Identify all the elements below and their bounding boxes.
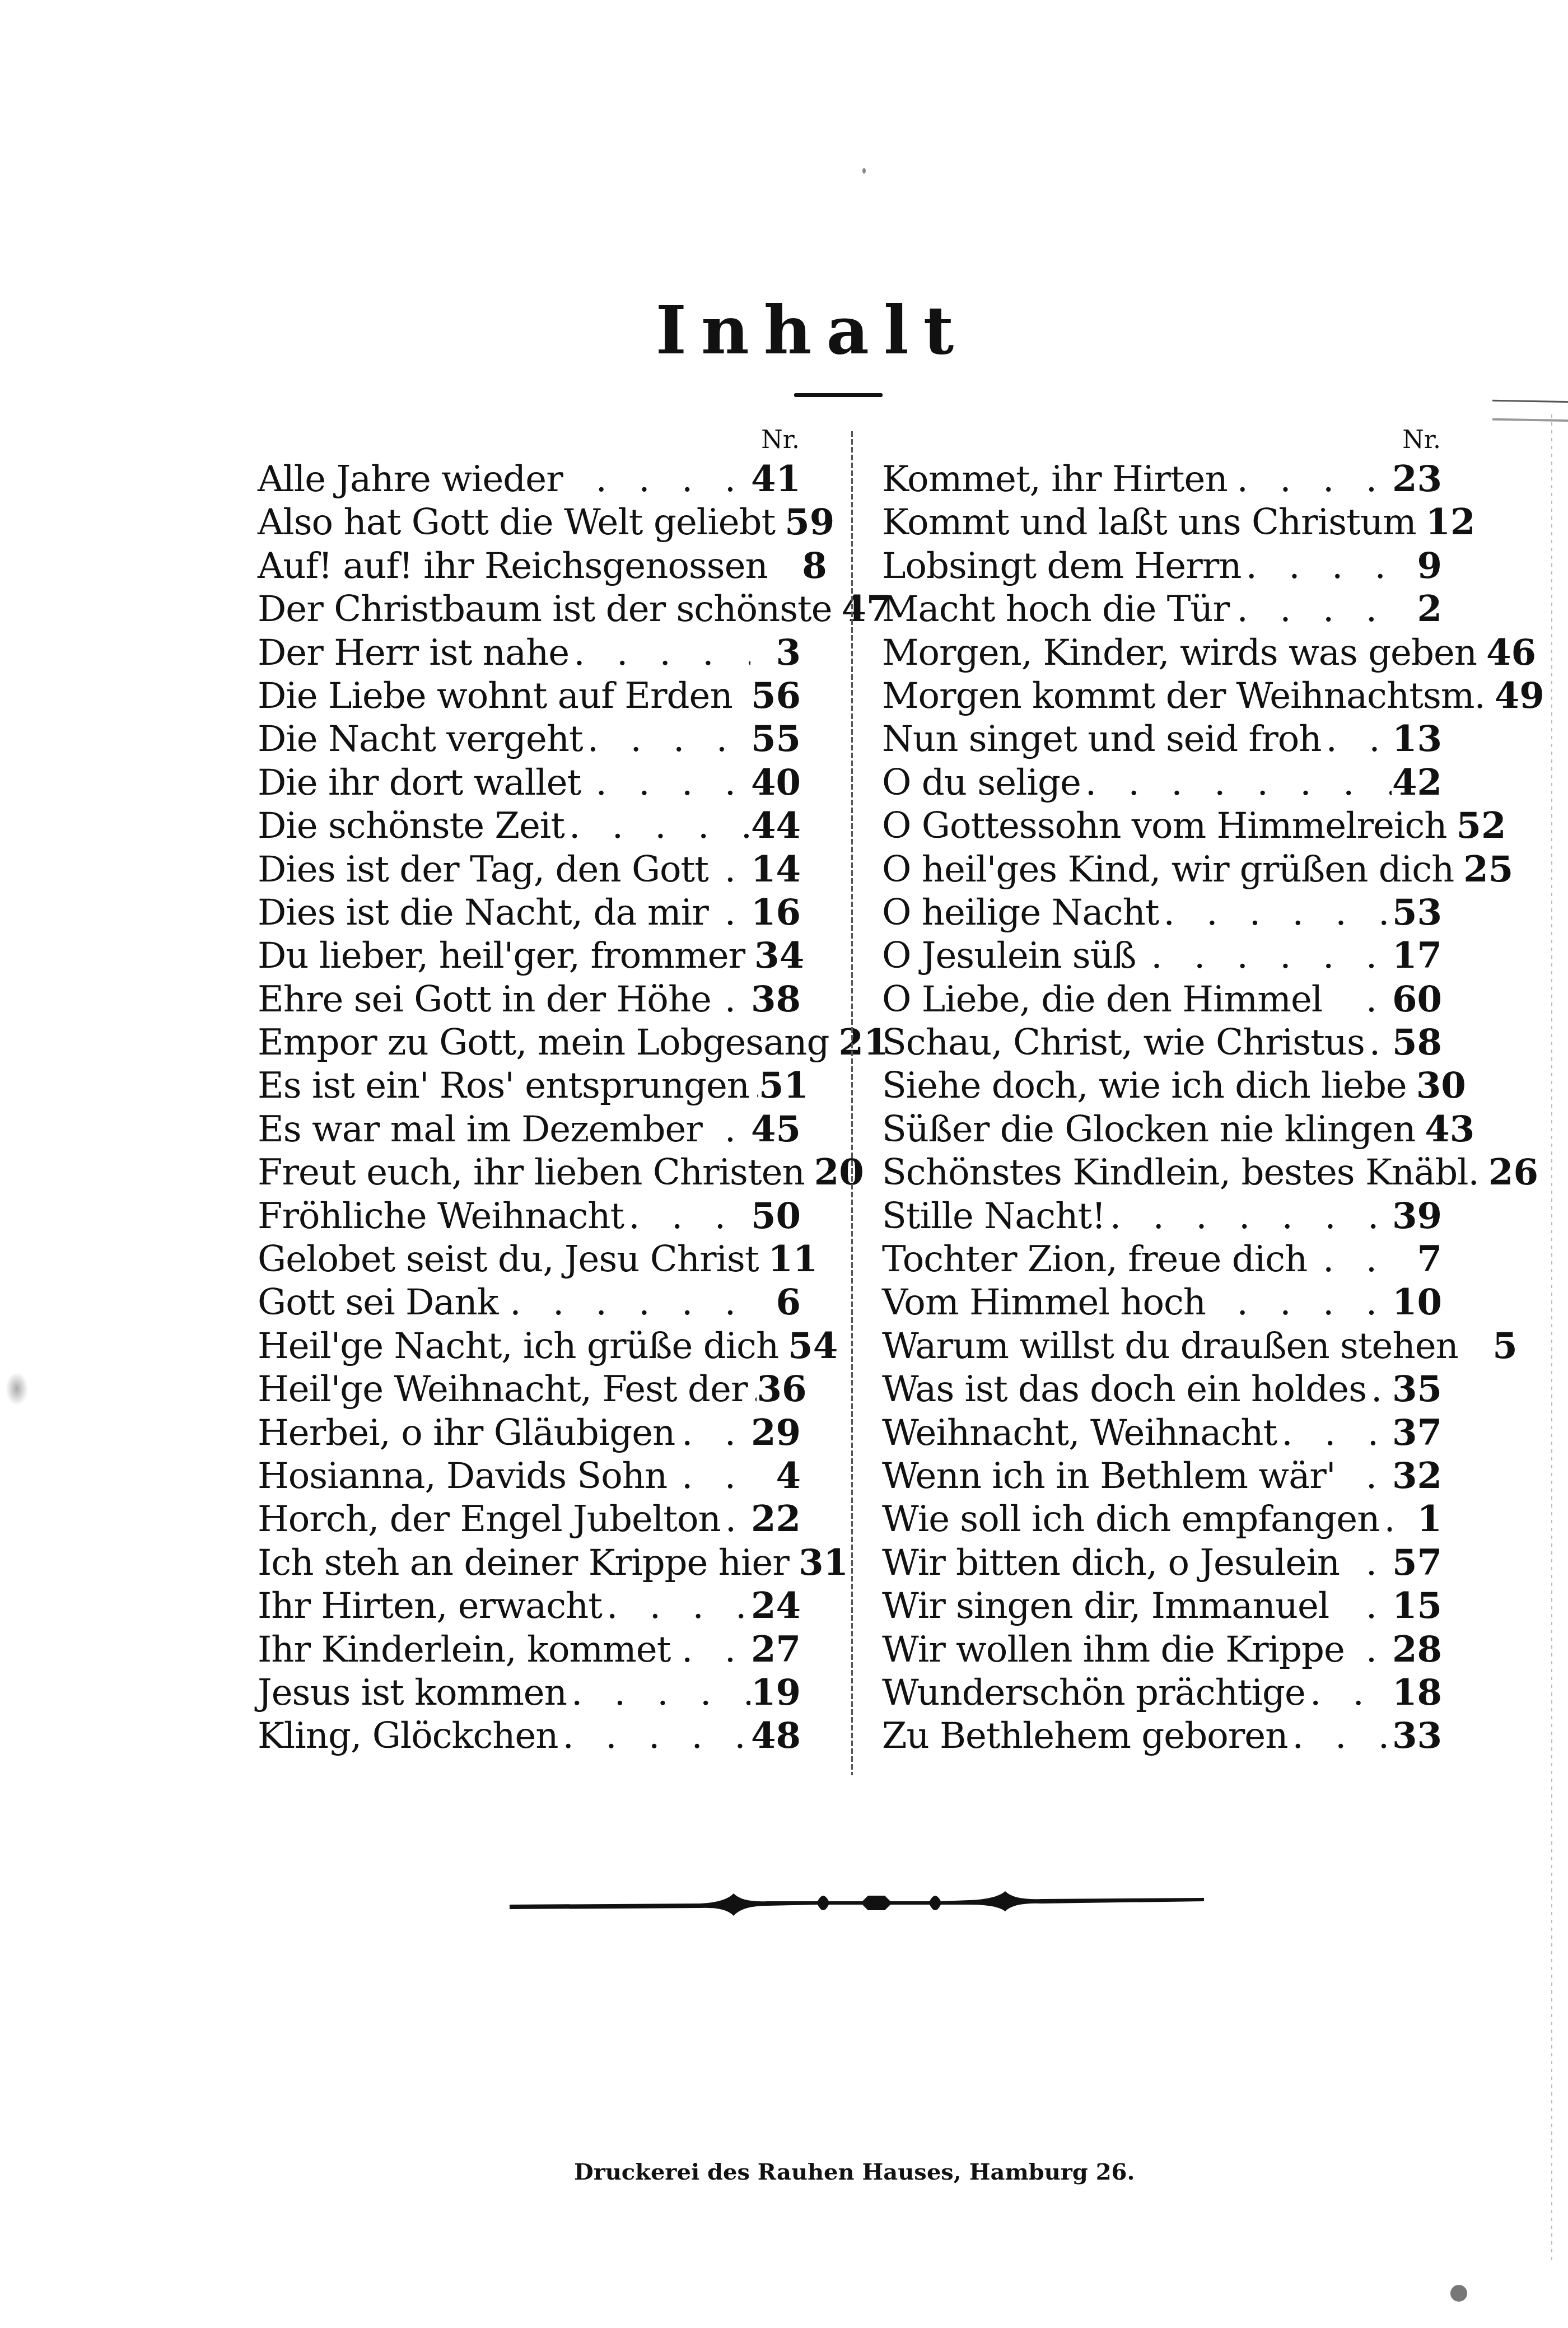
leader-dots: . — [1329, 1585, 1392, 1628]
song-number: 23 — [1392, 458, 1442, 501]
song-number: 21 — [838, 1021, 889, 1064]
toc-entry: Jesus ist kommen . . . . . 19 — [258, 1671, 801, 1714]
toc-column-right: Nr. Kommet, ihr Hirten . . . . 23 Kommt … — [882, 423, 1442, 1758]
leader-dots: . . . . — [1229, 588, 1392, 631]
song-title: Jesus ist kommen — [258, 1672, 567, 1715]
song-number: 25 — [1463, 848, 1513, 891]
leader-dots: . . . . . . . — [1105, 1195, 1392, 1238]
song-number: 3 — [750, 631, 801, 674]
toc-entry: Ich steh an deiner Krippe hier 31 — [258, 1541, 801, 1584]
printer-imprint: Druckerei des Rauhen Hauses, Hamburg 26. — [560, 2159, 1190, 2185]
paper-stain — [6, 1372, 28, 1406]
song-number: 38 — [750, 978, 801, 1021]
toc-entry: Der Herr ist nahe . . . . . 3 — [258, 631, 801, 674]
leader-dots: . . . . — [563, 458, 750, 501]
song-title: Morgen, Kinder, wirds was geben — [882, 632, 1477, 675]
song-title: Was ist das doch ein holdes — [882, 1368, 1366, 1411]
toc-entry: Morgen kommt der Weihnachtsm. 49 — [882, 674, 1442, 717]
song-number: 7 — [1392, 1238, 1442, 1281]
song-number: 49 — [1494, 674, 1544, 717]
toc-list-left: Alle Jahre wieder . . . . 41 Also hat Go… — [258, 458, 801, 1758]
song-number: 20 — [814, 1151, 864, 1194]
song-title: O Liebe, die den Himmel — [882, 978, 1322, 1021]
toc-entry: Freut euch, ihr lieben Christen 20 — [258, 1151, 801, 1194]
song-number: 43 — [1424, 1108, 1474, 1151]
toc-entry: Schönstes Kindlein, bestes Knäbl. 26 — [882, 1151, 1442, 1194]
song-number: 1 — [1392, 1497, 1442, 1541]
toc-entry: Wie soll ich dich empfangen . 1 — [882, 1497, 1442, 1541]
leader-dots: . . . . . — [567, 1672, 750, 1715]
song-number: 52 — [1456, 804, 1506, 847]
song-title: O heil'ges Kind, wir grüßen dich — [882, 848, 1454, 892]
song-title: Kommt und laßt uns Christum — [882, 501, 1416, 544]
song-title: Gelobet seist du, Jesu Christ — [258, 1238, 759, 1281]
song-title: Ihr Kinderlein, kommet — [258, 1629, 670, 1672]
song-number: 29 — [750, 1411, 801, 1454]
leader-dots: . — [1345, 1629, 1392, 1672]
toc-entry: Süßer die Glocken nie klingen 43 — [882, 1108, 1442, 1151]
toc-entry: Dies ist der Tag, den Gott . 14 — [258, 848, 801, 891]
toc-entry: Kommet, ihr Hirten . . . . 23 — [882, 458, 1442, 501]
toc-entry: O du selige . . . . . . . . 42 — [882, 761, 1442, 804]
song-title: O Jesulein süß — [882, 935, 1136, 978]
toc-entry: Gelobet seist du, Jesu Christ 11 — [258, 1238, 801, 1281]
toc-entry: Was ist das doch ein holdes . 35 — [882, 1368, 1442, 1411]
song-title: Freut euch, ihr lieben Christen — [258, 1151, 805, 1195]
song-number: 11 — [768, 1238, 818, 1281]
toc-entry: Ihr Kinderlein, kommet . . 27 — [258, 1628, 801, 1671]
song-title: O du selige — [882, 762, 1081, 805]
leader-dots: . . . . . . — [1159, 892, 1392, 935]
song-number: 30 — [1416, 1064, 1466, 1107]
song-title: Horch, der Engel Jubelton — [258, 1498, 721, 1541]
leader-dots: . — [711, 978, 750, 1021]
song-title: Wie soll ich dich empfangen — [882, 1498, 1379, 1541]
song-number: 34 — [754, 934, 804, 977]
toc-entry: Die ihr dort wallet . . . . 40 — [258, 761, 801, 804]
nr-column-header: Nr. — [258, 423, 801, 458]
toc-entry: Wenn ich in Bethlem wär' . 32 — [882, 1454, 1442, 1497]
song-title: Der Herr ist nahe — [258, 632, 569, 675]
song-number: 6 — [750, 1281, 801, 1324]
song-title: Warum willst du draußen stehen — [882, 1325, 1458, 1368]
toc-entry: Gott sei Dank . . . . . . 6 — [258, 1281, 801, 1324]
song-title: Herbei, o ihr Gläubigen — [258, 1412, 675, 1455]
toc-entry: Herbei, o ihr Gläubigen . . 29 — [258, 1411, 801, 1454]
song-number: 58 — [1392, 1021, 1442, 1064]
column-divider — [851, 431, 853, 1775]
song-title: Kommet, ihr Hirten — [882, 458, 1228, 501]
song-title: Ich steh an deiner Krippe hier — [258, 1542, 789, 1585]
song-title: Heil'ge Weihnacht, Fest der — [258, 1368, 748, 1411]
toc-entry: Horch, der Engel Jubelton . 22 — [258, 1497, 801, 1541]
song-number: 13 — [1392, 717, 1442, 761]
song-title: Nun singet und seid froh — [882, 718, 1322, 761]
song-title: Macht hoch die Tür — [882, 588, 1229, 631]
paper-edge-tab — [1492, 400, 1568, 422]
leader-dots: . . . . . . — [1136, 935, 1392, 978]
toc-entry: Die schönste Zeit . . . . . 44 — [258, 804, 801, 847]
song-number: 39 — [1392, 1195, 1442, 1238]
song-title: Wir singen dir, Immanuel — [882, 1585, 1329, 1628]
song-number: 41 — [750, 458, 801, 501]
leader-dots: . . . . — [1242, 545, 1392, 588]
song-number: 44 — [750, 804, 801, 847]
leader-dots: . — [1335, 1455, 1392, 1498]
leader-dots: . . . . . . — [558, 1715, 750, 1758]
leader-dots: . . — [670, 1629, 750, 1672]
song-title: Der Christbaum ist der schönste — [258, 588, 832, 631]
song-title: Empor zu Gott, mein Lobgesang — [258, 1021, 829, 1065]
song-number: 53 — [1392, 891, 1442, 934]
toc-entry: Auf! auf! ihr Reichsgenossen 8 — [258, 544, 801, 587]
leader-dots: . . . . . . — [498, 1281, 750, 1324]
toc-entry: Wunderschön prächtige . . . 18 — [882, 1671, 1442, 1714]
toc-entry: Kling, Glöckchen . . . . . . 48 — [258, 1714, 801, 1757]
toc-entry: O Gottessohn vom Himmelreich 52 — [882, 804, 1442, 847]
song-number: 18 — [1392, 1671, 1442, 1714]
leader-dots: . — [1365, 1021, 1392, 1065]
toc-entry: Stille Nacht! . . . . . . . 39 — [882, 1195, 1442, 1238]
song-number: 8 — [777, 544, 827, 587]
song-title: Stille Nacht! — [882, 1195, 1105, 1238]
song-number: 60 — [1392, 978, 1442, 1021]
song-number: 9 — [1392, 544, 1442, 587]
song-number: 35 — [1392, 1368, 1442, 1411]
song-title: Du lieber, heil'ger, frommer — [258, 935, 745, 978]
toc-entry: Macht hoch die Tür . . . . 2 — [882, 587, 1442, 631]
toc-entry: Morgen, Kinder, wirds was geben 46 — [882, 631, 1442, 674]
toc-entry: Heil'ge Nacht, ich grüße dich 54 — [258, 1324, 801, 1368]
song-number: 31 — [798, 1541, 848, 1584]
toc-entry: Warum willst du draußen stehen 5 — [882, 1324, 1442, 1368]
song-title: Wir wollen ihm die Krippe — [882, 1629, 1345, 1672]
leader-dots: . — [702, 1108, 750, 1151]
song-number: 22 — [750, 1497, 801, 1541]
leader-dots: . — [1340, 1542, 1392, 1585]
song-title: Wir bitten dich, o Jesulein — [882, 1542, 1340, 1585]
toc-entry: O Liebe, die den Himmel . 60 — [882, 978, 1442, 1021]
toc-entry: Weihnacht, Weihnacht . . . 37 — [882, 1411, 1442, 1454]
toc-entry: Zu Bethlehem geboren . . . 33 — [882, 1714, 1442, 1757]
song-number: 10 — [1392, 1281, 1442, 1324]
song-number: 27 — [750, 1628, 801, 1671]
song-title: Schönstes Kindlein, bestes Knäbl. — [882, 1151, 1479, 1195]
nr-column-header: Nr. — [882, 423, 1442, 458]
song-title: Dies ist der Tag, den Gott — [258, 848, 708, 892]
song-number: 16 — [750, 891, 801, 934]
song-number: 51 — [758, 1064, 809, 1107]
toc-entry: Die Nacht vergeht . . . . . 55 — [258, 717, 801, 761]
toc-entry: Du lieber, heil'ger, frommer 34 — [258, 934, 801, 977]
toc-entry: Es war mal im Dezember . 45 — [258, 1108, 801, 1151]
song-title: Süßer die Glocken nie klingen — [882, 1108, 1415, 1151]
leader-dots: . . — [1307, 1238, 1392, 1281]
song-number: 37 — [1392, 1411, 1442, 1454]
toc-entry: Schau, Christ, wie Christus . 58 — [882, 1021, 1442, 1064]
song-number: 57 — [1392, 1541, 1442, 1584]
toc-entry: Ihr Hirten, erwacht . . . . 24 — [258, 1584, 801, 1627]
song-number: 33 — [1392, 1714, 1442, 1757]
song-number: 26 — [1488, 1151, 1538, 1194]
toc-entry: Die Liebe wohnt auf Erden 56 — [258, 674, 801, 717]
toc-entry: Alle Jahre wieder . . . . 41 — [258, 458, 801, 501]
leader-dots: . . — [667, 1455, 750, 1498]
leader-dots: . — [1322, 978, 1392, 1021]
song-title: Dies ist die Nacht, da mir — [258, 892, 708, 935]
toc-entry: Fröhliche Weihnacht . . . . 50 — [258, 1195, 801, 1238]
song-title: Hosianna, Davids Sohn — [258, 1455, 667, 1498]
leader-dots: . . . . — [1228, 458, 1392, 501]
song-title: Es ist ein' Ros' entsprungen — [258, 1065, 749, 1108]
song-title: Zu Bethlehem geboren — [882, 1715, 1287, 1758]
leader-dots: . . . — [1277, 1412, 1392, 1455]
toc-list-right: Kommet, ihr Hirten . . . . 23 Kommt und … — [882, 458, 1442, 1758]
decorative-ornament-rule — [504, 1884, 1210, 1918]
song-number: 45 — [750, 1108, 801, 1151]
toc-entry: Wir wollen ihm die Krippe . 28 — [882, 1628, 1442, 1671]
song-number: 12 — [1425, 501, 1476, 544]
song-title: Ehre sei Gott in der Höhe — [258, 978, 711, 1021]
toc-entry: Dies ist die Nacht, da mir . 16 — [258, 891, 801, 934]
song-title: Ihr Hirten, erwacht — [258, 1585, 602, 1628]
song-number: 32 — [1392, 1454, 1442, 1497]
leader-dots: . . . . . — [564, 805, 750, 848]
toc-entry: O heilige Nacht . . . . . . 53 — [882, 891, 1442, 934]
leader-dots: . . . — [1287, 1715, 1392, 1758]
leader-dots: . . . . . . . . — [1081, 762, 1392, 805]
song-number: 4 — [750, 1454, 801, 1497]
song-number: 55 — [750, 717, 801, 761]
song-number: 48 — [750, 1714, 801, 1757]
toc-entry: Wir singen dir, Immanuel . 15 — [882, 1584, 1442, 1627]
leader-dots: . — [1366, 1368, 1392, 1411]
song-number: 54 — [787, 1324, 838, 1368]
leader-dots: . . — [675, 1412, 750, 1455]
song-title: Alle Jahre wieder — [258, 458, 563, 501]
song-number: 46 — [1486, 631, 1536, 674]
song-number: 17 — [1392, 934, 1442, 977]
leader-dots: . . . . — [581, 762, 750, 805]
song-title: Wenn ich in Bethlem wär' — [882, 1455, 1335, 1498]
song-title: Tochter Zion, freue dich — [882, 1238, 1307, 1281]
toc-entry: Tochter Zion, freue dich . . 7 — [882, 1238, 1442, 1281]
leader-dots: . — [748, 1368, 757, 1411]
song-number: 28 — [1392, 1628, 1442, 1671]
toc-entry: Heil'ge Weihnacht, Fest der . 36 — [258, 1368, 801, 1411]
song-title: Morgen kommt der Weihnachtsm. — [882, 675, 1485, 718]
toc-entry: Also hat Gott die Welt geliebt 59 — [258, 501, 801, 544]
page-title: Inhalt — [616, 291, 1008, 369]
song-number: 59 — [784, 501, 834, 544]
song-number: 24 — [750, 1584, 801, 1627]
toc-entry: Siehe doch, wie ich dich liebe 30 — [882, 1064, 1442, 1107]
paper-speck — [1450, 2285, 1467, 2302]
song-title: Gott sei Dank — [258, 1281, 498, 1324]
paper-speck — [862, 168, 866, 174]
leader-dots: . — [708, 848, 750, 892]
song-number: 2 — [1392, 587, 1442, 631]
song-title: Schau, Christ, wie Christus — [882, 1021, 1365, 1065]
book-page: Inhalt Nr. Alle Jahre wieder . . . . 41 … — [0, 0, 1568, 2328]
leader-dots: . . . . — [624, 1195, 750, 1238]
song-number: 14 — [750, 848, 801, 891]
song-number: 42 — [1392, 761, 1442, 804]
song-number: 5 — [1467, 1324, 1518, 1368]
leader-dots: . — [1379, 1498, 1392, 1541]
leader-dots: . . . — [1305, 1672, 1392, 1715]
song-title: Fröhliche Weihnacht — [258, 1195, 624, 1238]
toc-entry: Kommt und laßt uns Christum 12 — [882, 501, 1442, 544]
paper-edge — [1551, 414, 1552, 2262]
toc-column-left: Nr. Alle Jahre wieder . . . . 41 Also ha… — [258, 423, 801, 1758]
leader-dots: . — [721, 1498, 750, 1541]
song-title: Wunderschön prächtige — [882, 1672, 1305, 1715]
song-title: Die Nacht vergeht — [258, 718, 583, 761]
song-title: Die ihr dort wallet — [258, 762, 581, 805]
song-number: 36 — [757, 1368, 807, 1411]
toc-entry: O heil'ges Kind, wir grüßen dich 25 — [882, 848, 1442, 891]
song-number: 40 — [750, 761, 801, 804]
toc-entry: Der Christbaum ist der schönste 47 — [258, 587, 801, 631]
song-number: 50 — [750, 1195, 801, 1238]
leader-dots: . . . . . — [583, 718, 750, 761]
leader-dots: . — [749, 1065, 758, 1108]
song-title: Heil'ge Nacht, ich grüße dich — [258, 1325, 778, 1368]
leader-dots: . — [708, 892, 750, 935]
toc-entry: O Jesulein süß . . . . . . 17 — [882, 934, 1442, 977]
toc-entry: Vom Himmel hoch . . . . 10 — [882, 1281, 1442, 1324]
song-number: 15 — [1392, 1584, 1442, 1627]
song-title: Siehe doch, wie ich dich liebe — [882, 1065, 1407, 1108]
toc-entry: Es ist ein' Ros' entsprungen . 51 — [258, 1064, 801, 1107]
song-title: Also hat Gott die Welt geliebt — [258, 501, 775, 544]
toc-entry: Wir bitten dich, o Jesulein . 57 — [882, 1541, 1442, 1584]
song-title: Vom Himmel hoch — [882, 1281, 1206, 1324]
song-title: Es war mal im Dezember — [258, 1108, 702, 1151]
leader-dots: . . . . . — [569, 632, 750, 675]
toc-entry: Lobsingt dem Herrn . . . . 9 — [882, 544, 1442, 587]
leader-dots: . . — [1322, 718, 1392, 761]
title-underline — [794, 393, 883, 397]
song-title: Weihnacht, Weihnacht — [882, 1412, 1277, 1455]
toc-entry: Ehre sei Gott in der Höhe . 38 — [258, 978, 801, 1021]
song-title: O Gottessohn vom Himmelreich — [882, 805, 1447, 848]
song-title: Die Liebe wohnt auf Erden — [258, 675, 732, 718]
song-title: Lobsingt dem Herrn — [882, 545, 1242, 588]
song-title: Kling, Glöckchen — [258, 1715, 558, 1758]
song-number: 56 — [750, 674, 801, 717]
song-number: 19 — [750, 1671, 801, 1714]
song-title: Die schönste Zeit — [258, 805, 564, 848]
toc-entry: Nun singet und seid froh . . 13 — [882, 717, 1442, 761]
leader-dots: . . . . — [602, 1585, 750, 1628]
leader-dots: . . . . — [1206, 1281, 1392, 1324]
toc-entry: Empor zu Gott, mein Lobgesang 21 — [258, 1021, 801, 1064]
song-title: O heilige Nacht — [882, 892, 1159, 935]
toc-entry: Hosianna, Davids Sohn . . 4 — [258, 1454, 801, 1497]
song-title: Auf! auf! ihr Reichsgenossen — [258, 545, 768, 588]
